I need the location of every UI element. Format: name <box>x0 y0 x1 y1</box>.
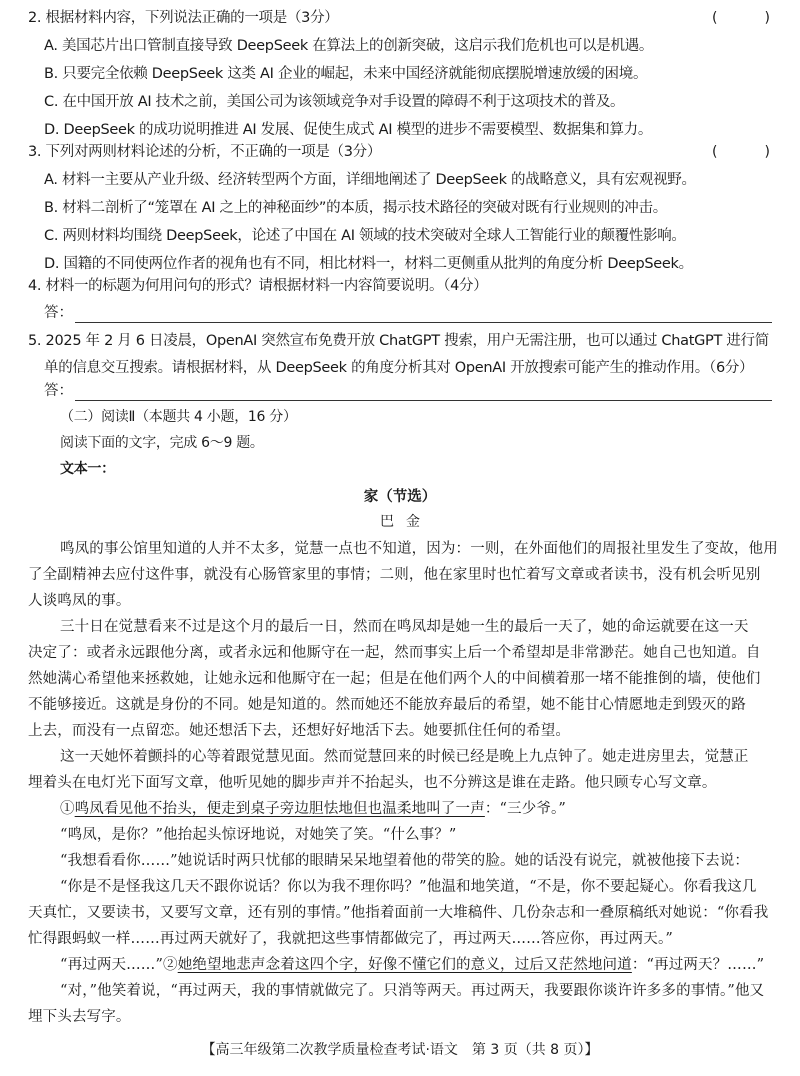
passage-line: 决定了：或者永远跟他分离，或者永远和他厮守在一起，然而事实上后一个希望却是非常渺… <box>28 643 761 663</box>
question-5-stem-line-1: 5. 2025 年 2 月 6 日凌晨，OpenAI 突然宣布免费开放 Chat… <box>28 331 769 351</box>
passage-title: 家（节选） <box>0 487 800 507</box>
passage-line: 天真忙，又要读书，又要写文章，还有别的事情。”他指着面前一大堆稿件、几份杂志和一… <box>28 903 768 923</box>
passage-line: 三十日在觉慧看来不过是这个月的最后一日，然而在鸣凤却是她一生的最后一天了，她的命… <box>60 617 749 637</box>
question-2-stem: 2. 根据材料内容，下列说法正确的一项是（3分） <box>28 8 338 28</box>
passage-line: “我想看看你……”她说话时两只忧郁的眼睛呆呆地望着他的带笑的脸。她的话没有说完，… <box>60 851 749 871</box>
passage-line: 不能够接近。这就是身份的不同。她是知道的。然而她还不能放弃最后的希望，她不能甘心… <box>28 695 746 715</box>
passage-line: “你是不是怪我这几天不跟你说话？你以为我不理你吗？”他温和地笑道，“不是，你不要… <box>60 877 757 897</box>
question-4-answer-line[interactable]: 答： <box>44 303 772 323</box>
passage-line: 埋着头在电灯光下面写文章，他听见她的脚步声并不抬起头，也不分辨这是谁在走路。他只… <box>28 773 717 793</box>
question-2-option-b: B. 只要完全依赖 DeepSeek 这类 AI 企业的崛起，未来中国经济就能彻… <box>44 64 647 84</box>
passage-line: 鸣凤的事公馆里知道的人并不太多，觉慧一点也不知道，因为：一则，在外面他们的周报社… <box>60 539 778 559</box>
passage-line: “鸣凤，是你？”他抬起头惊讶地说，对她笑了笑。“什么事？” <box>60 825 457 845</box>
lead-2: “再过两天……” <box>60 957 163 973</box>
passage-line: 这一天她怀着颤抖的心等着跟觉慧见面。然而觉慧回来的时候已经是晚上九点钟了。她走进… <box>60 747 749 767</box>
passage-line: “对，”他笑着说，“再过两天，我的事情就做完了。只消等两天。再过两天，我要跟你谈… <box>60 981 764 1001</box>
question-2-option-d: D. DeepSeek 的成功说明推进 AI 发展、促使生成式 AI 模型的进步… <box>44 120 652 140</box>
answer-label: 答： <box>44 381 73 401</box>
passage-line: 人谈鸣凤的事。 <box>28 591 131 611</box>
passage-line: 然她满心希望他来拯救她，让她永远和他厮守在一起；但是在他们两个人的中间横着那一堵… <box>28 669 761 689</box>
underlined-text-2: 她绝望地悲声念着这四个字，好像不懂它们的意义，过后又茫然地问道 <box>178 957 632 973</box>
answer-blank[interactable] <box>75 385 772 401</box>
question-2-option-a: A. 美国芯片出口管制直接导致 DeepSeek 在算法上的创新突破，这启示我们… <box>44 36 653 56</box>
passage-line: 了全副精神去应付这件事，就没有心肠管家里的事情；二则，他在家里时也忙着写文章或者… <box>28 565 761 585</box>
section-instruction: 阅读下面的文字，完成 6～9 题。 <box>60 433 264 453</box>
question-3-option-c: C. 两则材料均围绕 DeepSeek，论述了中国在 AI 领域的技术突破对全球… <box>44 226 686 246</box>
underlined-sentence-2: “再过两天……”②她绝望地悲声念着这四个字，好像不懂它们的意义，过后又茫然地问道… <box>60 955 764 975</box>
underlined-tail-1: ：“三少爷。” <box>485 801 566 817</box>
passage-author: 巴金 <box>0 512 800 532</box>
question-5-answer-line[interactable]: 答： <box>44 381 772 401</box>
question-5-stem-line-2: 单的信息交互搜索。请根据材料，从 DeepSeek 的角度分析其对 OpenAI… <box>44 358 753 378</box>
passage-line: 埋下头去写字。 <box>28 1007 131 1027</box>
question-3-option-d: D. 国籍的不同使两位作者的视角也有不同，相比材料一，材料二更侧重从批判的角度分… <box>44 254 693 274</box>
answer-label: 答： <box>44 303 73 323</box>
question-2-answer-bracket[interactable]: ( ) <box>712 8 770 28</box>
bracket-close: ) <box>765 8 770 28</box>
passage-line: 上去，而没有一点留恋。她还想活下去，还想好好地活下去。她要抓住任何的希望。 <box>28 721 570 741</box>
section-heading: （二）阅读Ⅱ（本题共 4 小题，16 分） <box>60 407 297 427</box>
question-3-stem: 3. 下列对两则材料论述的分析，不正确的一项是（3分） <box>28 142 381 162</box>
marker-1: ① <box>60 801 75 817</box>
underlined-tail-2: ：“再过两天？……” <box>632 957 764 973</box>
page-footer: 【高三年级第二次教学质量检查考试·语文 第 3 页（共 8 页）】 <box>0 1040 800 1060</box>
passage-line: 忙得跟蚂蚁一样……再过两天就好了，我就把这些事情都做完了，再过两天……答应你，再… <box>28 929 673 949</box>
underlined-sentence-1: ①鸣凤看见他不抬头，便走到桌子旁边胆怯地但也温柔地叫了一声：“三少爷。” <box>60 799 566 819</box>
text-label: 文本一： <box>60 459 115 479</box>
question-4-stem: 4. 材料一的标题为何用问句的形式？请根据材料一内容简要说明。（4分） <box>28 276 487 296</box>
underlined-text-1: 鸣凤看见他不抬头，便走到桌子旁边胆怯地但也温柔地叫了一声 <box>75 801 485 817</box>
bracket-close: ) <box>765 142 770 162</box>
question-3-answer-bracket[interactable]: ( ) <box>712 142 770 162</box>
answer-blank[interactable] <box>75 307 772 323</box>
marker-2: ② <box>163 957 178 973</box>
bracket-open: ( <box>712 8 717 28</box>
question-2-option-c: C. 在中国开放 AI 技术之前，美国公司为该领域竞争对手设置的障碍不利于这项技… <box>44 92 624 112</box>
question-3-option-b: B. 材料二剖析了“笼罩在 AI 之上的神秘面纱”的本质，揭示技术路径的突破对既… <box>44 198 667 218</box>
question-3-option-a: A. 材料一主要从产业升级、经济转型两个方面，详细地阐述了 DeepSeek 的… <box>44 170 696 190</box>
bracket-open: ( <box>712 142 717 162</box>
